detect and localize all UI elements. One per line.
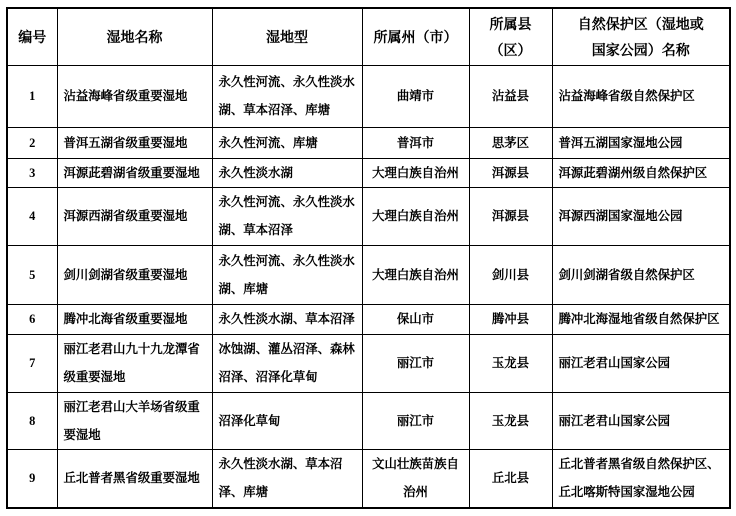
cell-wetland-name: 丘北普者黑省级重要湿地 xyxy=(57,449,212,508)
header-cell-county: 所属县 （区） xyxy=(469,8,552,65)
cell-county: 洱源县 xyxy=(469,187,552,245)
cell-wetland-type: 永久性河流、永久性淡水湖、草本沼泽、库塘 xyxy=(212,65,362,127)
table-row: 6 腾冲北海省级重要湿地 永久性淡水湖、草本沼泽 保山市 腾冲县 腾冲北海湿地省… xyxy=(7,304,730,334)
cell-prefecture: 大理白族自治州 xyxy=(362,245,469,304)
cell-number: 2 xyxy=(7,127,57,158)
table-row: 9 丘北普者黑省级重要湿地 永久性淡水湖、草本沼泽、库塘 文山壮族苗族自治州 丘… xyxy=(7,449,730,508)
cell-prefecture: 文山壮族苗族自治州 xyxy=(362,449,469,508)
cell-wetland-type: 冰蚀湖、灌丛沼泽、森林沼泽、沼泽化草甸 xyxy=(212,334,362,392)
cell-county: 腾冲县 xyxy=(469,304,552,334)
cell-county: 剑川县 xyxy=(469,245,552,304)
cell-number: 1 xyxy=(7,65,57,127)
cell-wetland-name: 丽江老君山大羊场省级重要湿地 xyxy=(57,392,212,449)
cell-prefecture: 丽江市 xyxy=(362,392,469,449)
cell-wetland-type: 永久性河流、库塘 xyxy=(212,127,362,158)
cell-number: 4 xyxy=(7,187,57,245)
cell-county: 玉龙县 xyxy=(469,334,552,392)
table-row: 8 丽江老君山大羊场省级重要湿地 沼泽化草甸 丽江市 玉龙县 丽江老君山国家公园 xyxy=(7,392,730,449)
cell-wetland-name: 腾冲北海省级重要湿地 xyxy=(57,304,212,334)
cell-wetland-name: 洱源茈碧湖省级重要湿地 xyxy=(57,158,212,187)
cell-prefecture: 保山市 xyxy=(362,304,469,334)
cell-reserve-name: 丽江老君山国家公园 xyxy=(552,392,730,449)
cell-number: 6 xyxy=(7,304,57,334)
cell-number: 9 xyxy=(7,449,57,508)
cell-wetland-type: 永久性河流、永久性淡水湖、草本沼泽 xyxy=(212,187,362,245)
header-cell-number: 编号 xyxy=(7,8,57,65)
cell-wetland-type: 永久性淡水湖、草本沼泽、库塘 xyxy=(212,449,362,508)
header-cell-wetland-name: 湿地名称 xyxy=(57,8,212,65)
cell-county: 思茅区 xyxy=(469,127,552,158)
cell-reserve-name: 丽江老君山国家公园 xyxy=(552,334,730,392)
cell-county: 洱源县 xyxy=(469,158,552,187)
cell-reserve-name: 洱源西湖国家湿地公园 xyxy=(552,187,730,245)
cell-prefecture: 大理白族自治州 xyxy=(362,187,469,245)
table-row: 2 普洱五湖省级重要湿地 永久性河流、库塘 普洱市 思茅区 普洱五湖国家湿地公园 xyxy=(7,127,730,158)
cell-number: 3 xyxy=(7,158,57,187)
header-row: 编号 湿地名称 湿地型 所属州（市） 所属县 （区） 自然保护区（湿地或 国家公… xyxy=(7,8,730,65)
cell-number: 7 xyxy=(7,334,57,392)
cell-prefecture: 普洱市 xyxy=(362,127,469,158)
cell-number: 8 xyxy=(7,392,57,449)
cell-reserve-name: 洱源茈碧湖州级自然保护区 xyxy=(552,158,730,187)
cell-number: 5 xyxy=(7,245,57,304)
header-cell-prefecture: 所属州（市） xyxy=(362,8,469,65)
cell-wetland-name: 剑川剑湖省级重要湿地 xyxy=(57,245,212,304)
cell-county: 沾益县 xyxy=(469,65,552,127)
cell-wetland-name: 沾益海峰省级重要湿地 xyxy=(57,65,212,127)
cell-reserve-name: 沾益海峰省级自然保护区 xyxy=(552,65,730,127)
document-page: 编号 湿地名称 湿地型 所属州（市） 所属县 （区） 自然保护区（湿地或 国家公… xyxy=(0,0,736,516)
cell-county: 玉龙县 xyxy=(469,392,552,449)
cell-prefecture: 丽江市 xyxy=(362,334,469,392)
header-cell-wetland-type: 湿地型 xyxy=(212,8,362,65)
cell-wetland-type: 永久性淡水湖、草本沼泽 xyxy=(212,304,362,334)
cell-wetland-name: 洱源西湖省级重要湿地 xyxy=(57,187,212,245)
cell-wetland-type: 永久性淡水湖 xyxy=(212,158,362,187)
cell-wetland-name: 丽江老君山九十九龙潭省级重要湿地 xyxy=(57,334,212,392)
cell-reserve-name: 丘北普者黑省级自然保护区、丘北喀斯特国家湿地公园 xyxy=(552,449,730,508)
wetlands-table: 编号 湿地名称 湿地型 所属州（市） 所属县 （区） 自然保护区（湿地或 国家公… xyxy=(6,7,731,509)
cell-wetland-name: 普洱五湖省级重要湿地 xyxy=(57,127,212,158)
cell-reserve-name: 腾冲北海湿地省级自然保护区 xyxy=(552,304,730,334)
table-row: 3 洱源茈碧湖省级重要湿地 永久性淡水湖 大理白族自治州 洱源县 洱源茈碧湖州级… xyxy=(7,158,730,187)
cell-reserve-name: 普洱五湖国家湿地公园 xyxy=(552,127,730,158)
cell-reserve-name: 剑川剑湖省级自然保护区 xyxy=(552,245,730,304)
cell-prefecture: 曲靖市 xyxy=(362,65,469,127)
table-row: 1 沾益海峰省级重要湿地 永久性河流、永久性淡水湖、草本沼泽、库塘 曲靖市 沾益… xyxy=(7,65,730,127)
header-cell-reserve-name: 自然保护区（湿地或 国家公园）名称 xyxy=(552,8,730,65)
cell-wetland-type: 沼泽化草甸 xyxy=(212,392,362,449)
table-row: 4 洱源西湖省级重要湿地 永久性河流、永久性淡水湖、草本沼泽 大理白族自治州 洱… xyxy=(7,187,730,245)
cell-county: 丘北县 xyxy=(469,449,552,508)
table-row: 7 丽江老君山九十九龙潭省级重要湿地 冰蚀湖、灌丛沼泽、森林沼泽、沼泽化草甸 丽… xyxy=(7,334,730,392)
table-row: 5 剑川剑湖省级重要湿地 永久性河流、永久性淡水湖、库塘 大理白族自治州 剑川县… xyxy=(7,245,730,304)
cell-wetland-type: 永久性河流、永久性淡水湖、库塘 xyxy=(212,245,362,304)
cell-prefecture: 大理白族自治州 xyxy=(362,158,469,187)
